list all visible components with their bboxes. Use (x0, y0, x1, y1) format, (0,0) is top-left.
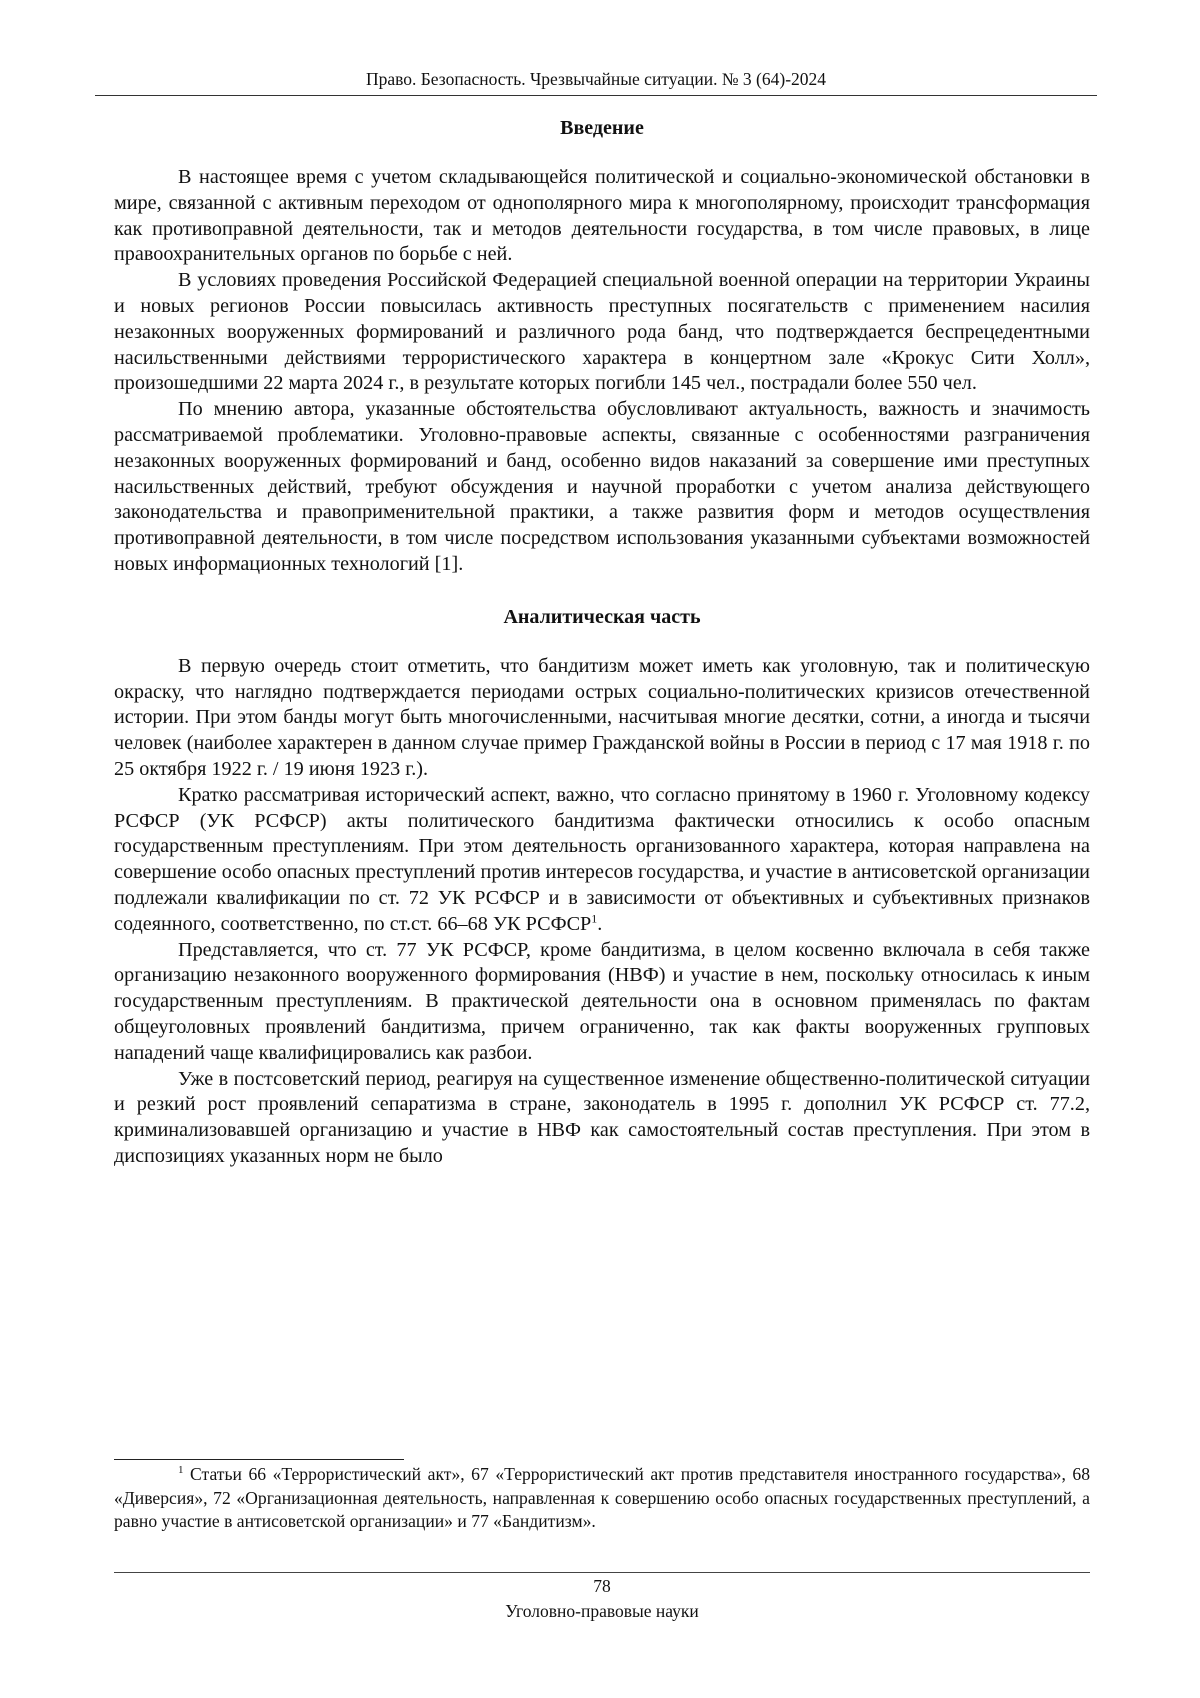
footnote-marker: 1 (178, 1464, 184, 1476)
paragraph: Представляется, что ст. 77 УК РСФСР, кро… (114, 938, 1090, 1067)
paragraph-tail: . (597, 913, 602, 935)
footnote: 1 Статьи 66 «Террористический акт», 67 «… (114, 1463, 1090, 1534)
header-rule (95, 95, 1097, 96)
footer-rule (114, 1572, 1090, 1573)
footnote-separator (114, 1459, 404, 1460)
page-number: 78 (114, 1575, 1090, 1597)
paragraph: Уже в постсоветский период, реагируя на … (114, 1067, 1090, 1170)
section-title-introduction: Введение (114, 115, 1090, 141)
paragraph-with-footnote: Кратко рассматривая исторический аспект,… (114, 783, 1090, 938)
running-footer: Уголовно-правовые науки (114, 1600, 1090, 1622)
paragraph: В настоящее время с учетом складывающейс… (114, 165, 1090, 268)
paragraph: В первую очередь стоит отметить, что бан… (114, 654, 1090, 783)
running-header: Право. Безопасность. Чрезвычайные ситуац… (95, 68, 1097, 90)
article-body: Введение В настоящее время с учетом скла… (114, 115, 1090, 1170)
paragraph: По мнению автора, указанные обстоятельст… (114, 397, 1090, 578)
section-title-analytical: Аналитическая часть (114, 604, 1090, 630)
paragraph: В условиях проведения Российской Федерац… (114, 268, 1090, 397)
footnote-text: Статьи 66 «Террористический акт», 67 «Те… (114, 1464, 1090, 1531)
